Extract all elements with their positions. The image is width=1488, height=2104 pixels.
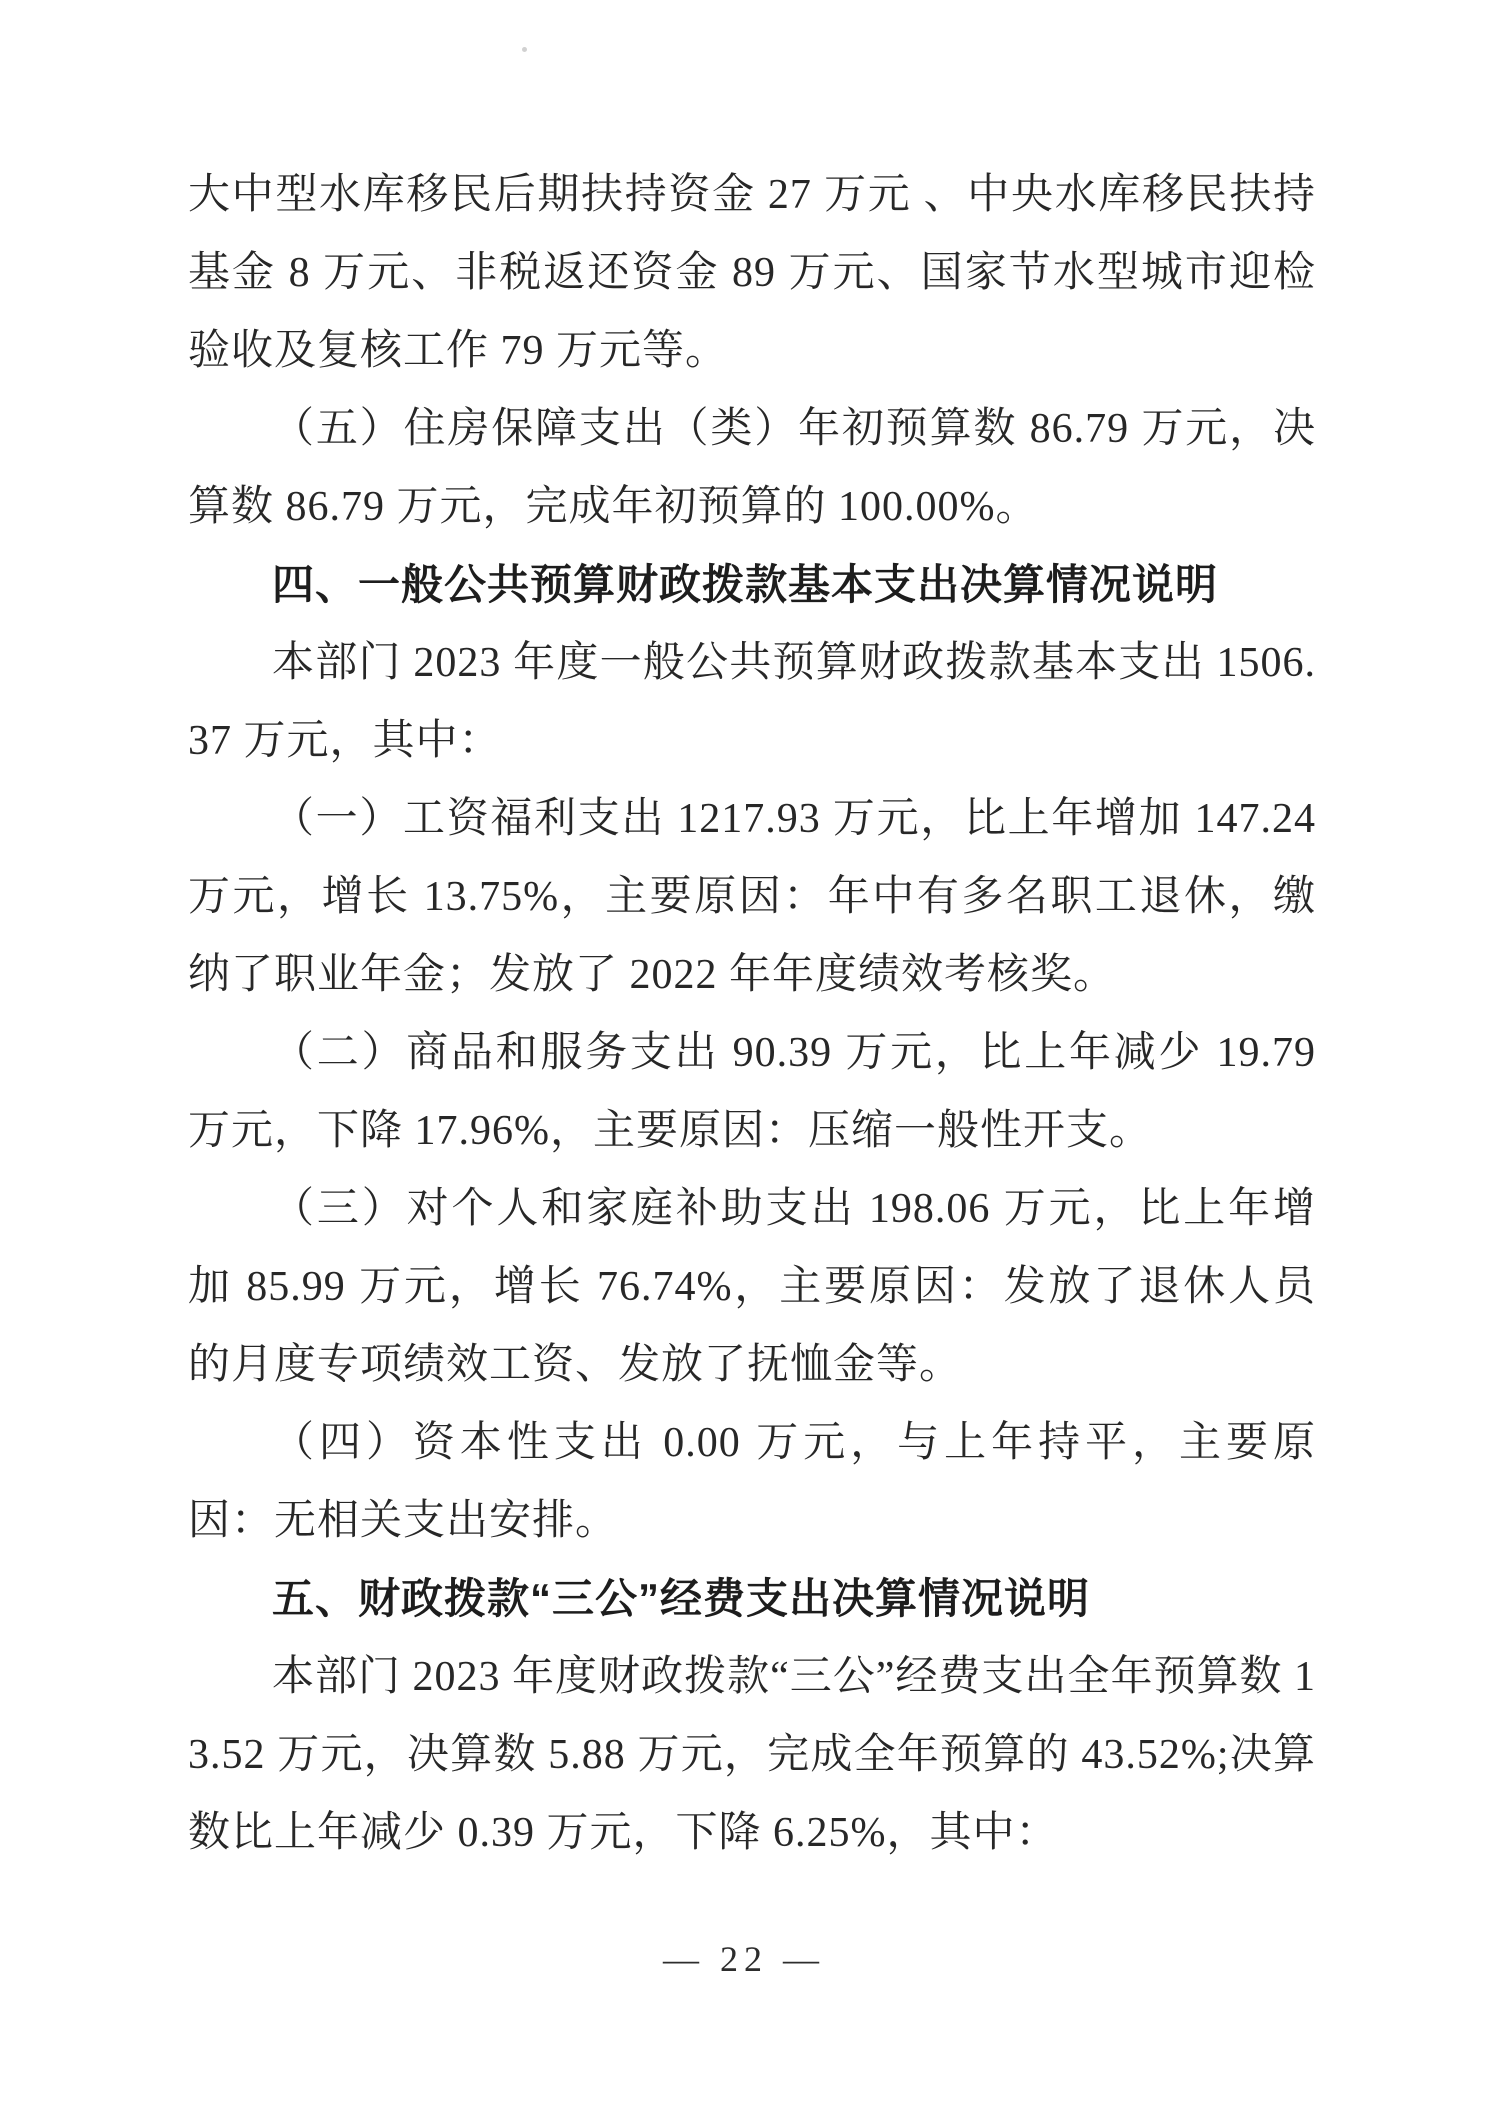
paragraph: （五）住房保障支出（类）年初预算数 86.79 万元，决算数 86.79 万元，… [188,390,1316,546]
document-page: 大中型水库移民后期扶持资金 27 万元 、中央水库移民扶持基金 8 万元、非税返… [0,0,1488,2104]
paragraph: 本部门 2023 年度财政拨款“三公”经费支出全年预算数 13.52 万元，决算… [188,1638,1316,1872]
paragraph: 大中型水库移民后期扶持资金 27 万元 、中央水库移民扶持基金 8 万元、非税返… [188,156,1316,390]
paragraph: （四）资本性支出 0.00 万元，与上年持平，主要原因：无相关支出安排。 [188,1404,1316,1560]
paragraph: （二）商品和服务支出 90.39 万元，比上年减少 19.79 万元，下降 17… [188,1014,1316,1170]
paragraph: 本部门 2023 年度一般公共预算财政拨款基本支出 1506.37 万元，其中： [188,624,1316,780]
scan-artifact [522,47,527,52]
paragraph: （三）对个人和家庭补助支出 198.06 万元，比上年增加 85.99 万元，增… [188,1170,1316,1404]
page-number: — 22 — [0,1938,1488,1980]
paragraph: （一）工资福利支出 1217.93 万元，比上年增加 147.24 万元，增长 … [188,780,1316,1014]
section-heading: 四、一般公共预算财政拨款基本支出决算情况说明 [188,546,1316,624]
document-body: 大中型水库移民后期扶持资金 27 万元 、中央水库移民扶持基金 8 万元、非税返… [188,156,1316,1872]
section-heading: 五、财政拨款“三公”经费支出决算情况说明 [188,1560,1316,1638]
